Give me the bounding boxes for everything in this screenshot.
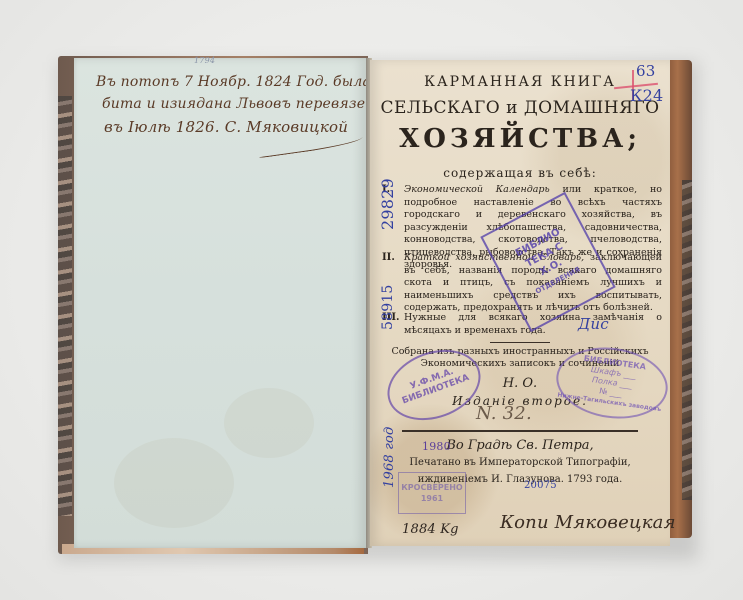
pencil-mark-top: 1794	[194, 56, 215, 65]
bottom-left-mark: 1884 Kg	[402, 522, 459, 537]
marbled-cover-edge	[58, 96, 72, 516]
inventory-number-vertical: 29829	[378, 178, 397, 230]
imprint-city: Во Градѣ Св. Петра,	[370, 438, 670, 453]
shelf-mark-top: 63	[636, 62, 656, 80]
blue-year-mark: 1968 год	[382, 427, 397, 488]
paper-stain	[224, 388, 314, 458]
owner-signature: Копи Мяковецкая	[500, 512, 676, 533]
divider-rule	[490, 342, 550, 343]
blue-number-mark: 20075	[524, 480, 557, 491]
inventory-number-crossed: 58915	[380, 284, 396, 330]
stamp-line: 1961	[421, 493, 443, 504]
marbled-cover-edge-right	[682, 180, 692, 500]
paper-stain	[114, 438, 234, 528]
pencil-year-mark: 1980	[422, 440, 451, 453]
imprint-printer: Печатано въ Императорской Типографіи,	[370, 457, 670, 468]
title-subtitle: содержащая въ себѣ:	[370, 166, 670, 180]
inscription-line-2: бита и изиядана Львовъ перевязена	[102, 96, 383, 112]
blue-initials-mark: Дис	[578, 315, 609, 333]
item-number: II.	[382, 252, 395, 265]
left-endpaper: 1794 Въ потопъ 7 Ноябр. 1824 Год. была р…	[74, 58, 366, 548]
inscription-line-1: Въ потопъ 7 Ноябр. 1824 Год. была раз	[96, 74, 401, 90]
book-cover-right	[668, 60, 692, 538]
stamp-line: КРОСВЕРЕНО	[401, 482, 462, 493]
imprint-rule	[402, 430, 638, 432]
inscription-line-3: въ Іюлѣ 1826. С. Мяковицкой	[104, 118, 348, 136]
title-main: ХОЗЯЙСТВА;	[370, 124, 670, 154]
title-line-2: СЕЛЬСКАГО и ДОМАШНЯГО	[370, 98, 670, 118]
item-number-mark: N. 32.	[476, 403, 532, 424]
shelf-mark-bottom: К24	[630, 86, 663, 105]
verification-stamp: КРОСВЕРЕНО 1961	[398, 472, 466, 514]
item-lead: Экономической Календарь	[404, 184, 550, 195]
